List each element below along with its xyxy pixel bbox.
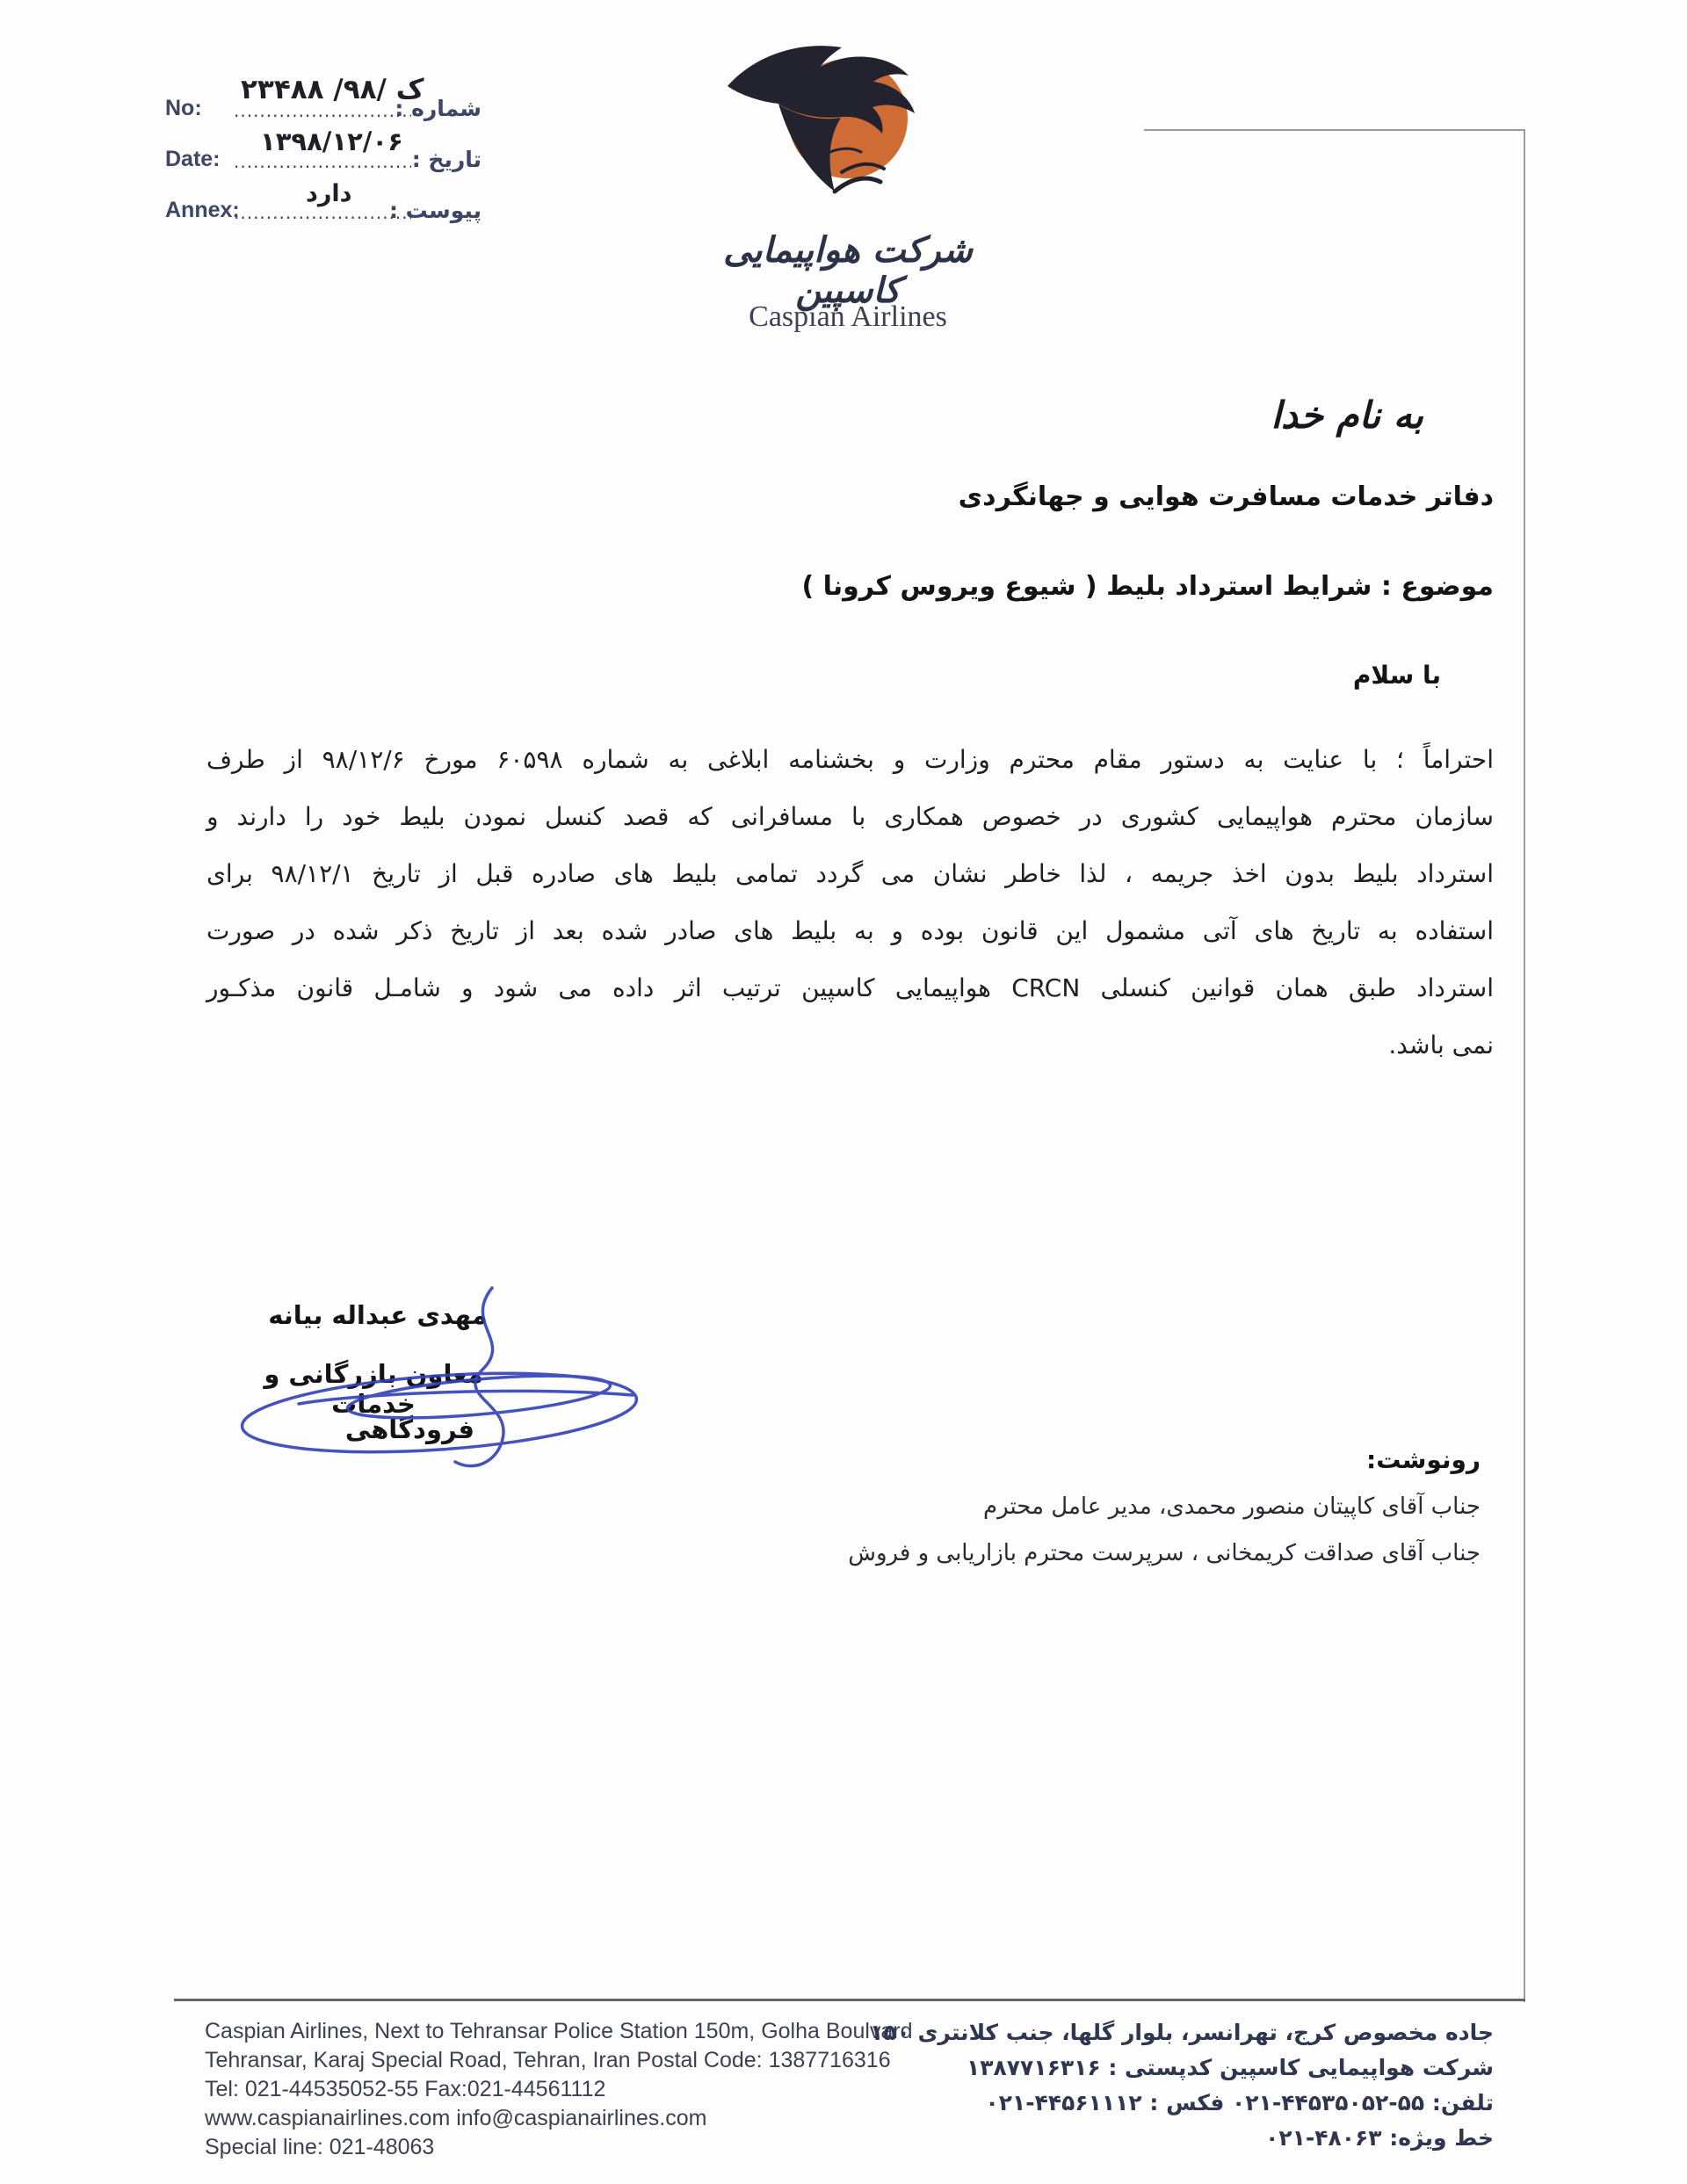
- handwritten-signature: [220, 1272, 677, 1487]
- scanned-letter-page: No: ....................................…: [0, 0, 1687, 2184]
- body-line: استفاده به تاریخ های آتی مشمول این قانون…: [206, 902, 1494, 959]
- subject-line: موضوع : شرایط استرداد بلیط ( شیوع ویروس …: [801, 571, 1494, 602]
- frame-top-border: [1144, 129, 1525, 131]
- date-value: ۱۳۹۸/۱۲/۰۶: [260, 127, 403, 156]
- company-name-english: Caspian Airlines: [694, 300, 1002, 334]
- body-line: سازمان محترم هواپیمایی کشوری در خصوص همک…: [206, 788, 1494, 845]
- footer-en-line: Caspian Airlines, Next to Tehransar Poli…: [205, 2017, 913, 2046]
- footer-en-line: www.caspianairlines.com info@caspianairl…: [205, 2104, 913, 2133]
- annex-label-fa: پیوست :: [389, 198, 481, 223]
- letter-body: احتراماً ؛ با عنایت به دستور مقام محترم …: [206, 731, 1494, 1074]
- footer-en-line: Tehransar, Karaj Special Road, Tehran, I…: [205, 2046, 913, 2075]
- recipient-heading: دفاتر خدمات مسافرت هوایی و جهانگردی: [959, 481, 1494, 512]
- reference-number-value: ۲۳۴۸۸ /۹۸/ ک: [241, 74, 424, 105]
- cc-heading: رونوشت:: [1366, 1445, 1481, 1474]
- annex-value: دارد: [306, 180, 352, 207]
- footer-fa-line: تلفن: ۵۵-۴۴۵۳۵۰۵۲-۰۲۱ فکس : ⁦۰۲۱-۴۴۵۶۱۱۱…: [870, 2086, 1494, 2121]
- footer-en-line: Special line: 021-48063: [205, 2133, 913, 2162]
- footer-fa-line: شرکت هواپیمایی کاسپین کدپستی : ۱۳۸۷۷۱۶۳۱…: [870, 2050, 1494, 2086]
- footer-en-line: Tel: 021-44535052-55 Fax:021-44561112: [205, 2075, 913, 2104]
- body-line: استرداد بلیط بدون اخذ جریمه ، لذا خاطر ن…: [206, 845, 1494, 902]
- footer-address-english: Caspian Airlines, Next to Tehransar Poli…: [205, 2017, 913, 2162]
- date-label-en: Date:: [165, 147, 221, 172]
- date-row: Date: ..................................…: [165, 128, 481, 179]
- footer-address-farsi: جاده مخصوص کرج، تهرانسر، بلوار گلها، جنب…: [870, 2015, 1494, 2156]
- salutation: با سلام: [1353, 661, 1441, 690]
- letterhead-reference-block: No: ....................................…: [165, 77, 481, 230]
- annex-label-en: Annex:: [165, 198, 240, 223]
- frame-bottom-border: [174, 1999, 1525, 2001]
- footer-fa-line: جاده مخصوص کرج، تهرانسر، بلوار گلها، جنب…: [870, 2015, 1494, 2050]
- footer-fa-line: خط ویژه: ⁦۰۲۱-۴۸۰۶۳⁩: [870, 2121, 1494, 2156]
- company-name-farsi: شرکت هواپیمایی کاسپین: [694, 230, 1002, 311]
- phoenix-bird-icon: [719, 32, 949, 235]
- annex-row: Annex: .................................…: [165, 179, 481, 230]
- cc-item: جناب آقای صداقت کریمخانی ، سرپرست محترم …: [848, 1540, 1481, 1566]
- reference-number-row: No: ....................................…: [165, 77, 481, 128]
- body-line: استرداد طبق همان قوانین کنسلی CRCN هواپی…: [206, 959, 1494, 1016]
- frame-right-border: [1524, 129, 1525, 2002]
- no-label-en: No:: [165, 96, 202, 121]
- body-line: نمی باشد.: [206, 1016, 1494, 1074]
- bismillah-calligraphy: به نام خدا: [1271, 394, 1423, 437]
- date-label-fa: تاریخ :: [412, 147, 481, 172]
- cc-item: جناب آقای کاپیتان منصور محمدی، مدیر عامل…: [983, 1493, 1481, 1520]
- body-line: احتراماً ؛ با عنایت به دستور مقام محترم …: [206, 731, 1494, 788]
